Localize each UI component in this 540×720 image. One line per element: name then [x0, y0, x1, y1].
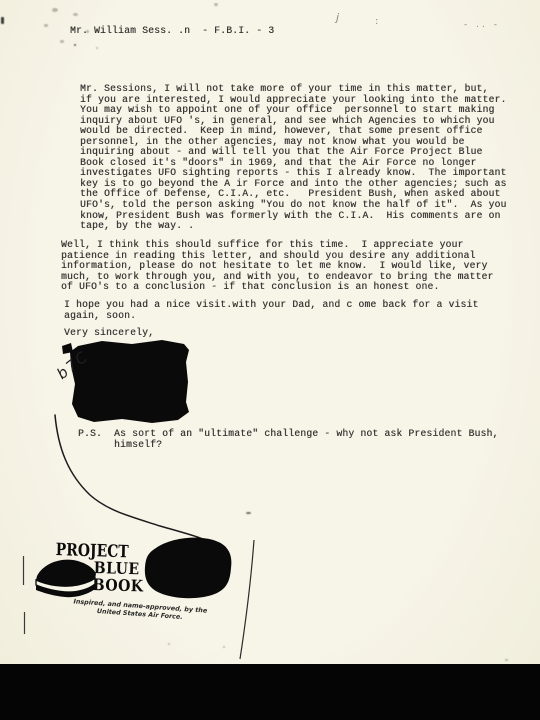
scan-smudge: [74, 44, 76, 46]
scanned-letter-page: Mr. William Sess. .n - F.B.I. - 3 j : - …: [0, 0, 540, 720]
scan-smudge: [1, 17, 4, 24]
letter-paragraph-1: Mr. Sessions, I will not take more of yo…: [80, 84, 507, 232]
scan-smudge: [168, 643, 170, 645]
redaction-block-logo: [140, 535, 235, 605]
scan-smudge: [96, 47, 98, 49]
scan-smudge: [73, 13, 78, 16]
scan-smudge: [52, 8, 58, 12]
stray-mark: :: [375, 16, 378, 27]
logo-text-book: BOOK: [93, 575, 144, 596]
stray-mark: j: [336, 11, 339, 24]
scan-edge-bar: [0, 664, 540, 720]
letter-postscript: P.S. As sort of an "ultimate" challenge …: [78, 429, 499, 450]
scan-smudge: [60, 40, 64, 43]
scan-smudge: [505, 659, 508, 661]
scan-smudge: [246, 512, 251, 514]
scan-smudge: [223, 646, 225, 648]
scan-smudge: [44, 24, 48, 27]
page-header: Mr. William Sess. .n - F.B.I. - 3: [70, 26, 274, 37]
letter-paragraph-2: Well, I think this should suffice for th…: [61, 240, 494, 293]
letter-paragraph-3: I hope you had a nice visit.with your Da…: [64, 300, 479, 321]
stray-mark: - .. -: [464, 20, 500, 30]
scan-smudge: [214, 3, 218, 6]
